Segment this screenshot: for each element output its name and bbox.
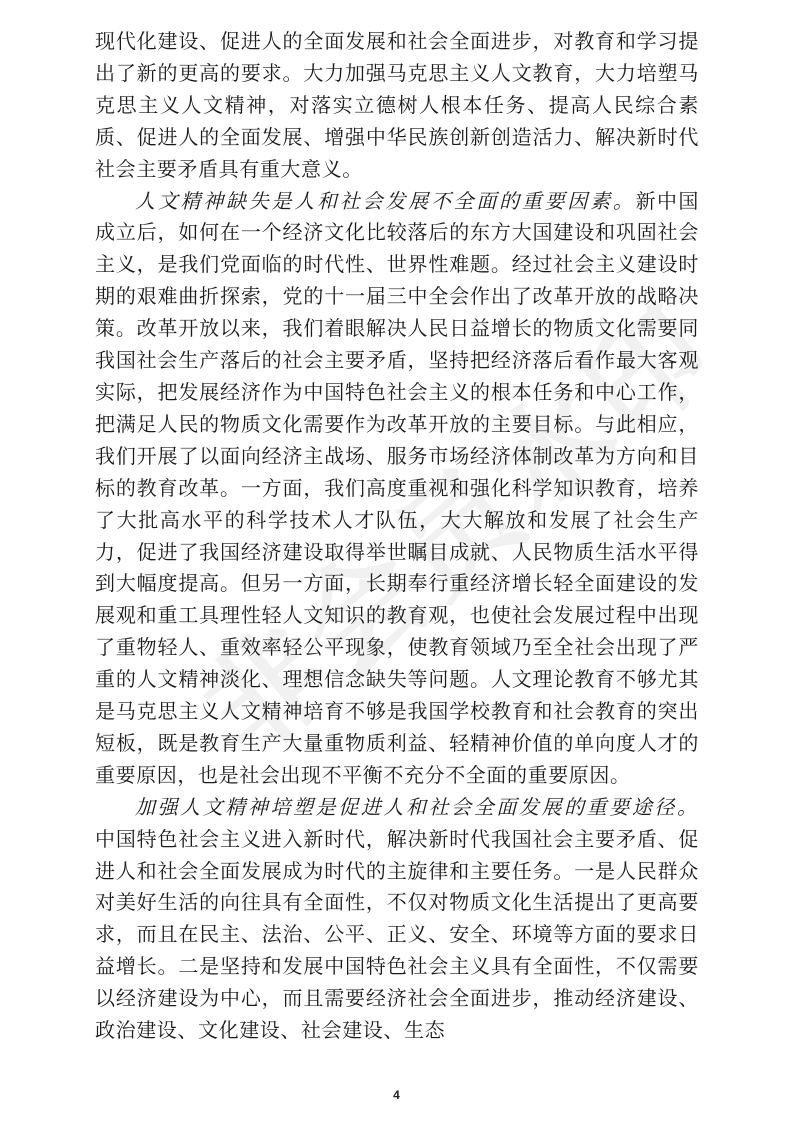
page-body: 现代化建设、促进人的全面发展和社会全面进步，对教育和学习提出了新的更高的要求。大… xyxy=(95,26,699,1047)
page-number: 4 xyxy=(0,1088,793,1102)
document-page: 非会员水印 现代化建设、促进人的全面发展和社会全面进步，对教育和学习提出了新的更… xyxy=(0,0,793,1122)
paragraph-3-lead: 加强人文精神培塑是促进人和社会全面发展的重要途径。 xyxy=(135,795,699,819)
paragraph-1: 现代化建设、促进人的全面发展和社会全面进步，对教育和学习提出了新的更高的要求。大… xyxy=(95,26,699,186)
paragraph-1-text: 现代化建设、促进人的全面发展和社会全面进步，对教育和学习提出了新的更高的要求。大… xyxy=(95,29,699,181)
paragraph-3-text: 中国特色社会主义进入新时代，解决新时代我国社会主要矛盾、促进人和社会全面发展成为… xyxy=(95,827,699,1042)
paragraph-2-text: 新中国成立后，如何在一个经济文化比较落后的东方大国建设和巩固社会主义，是我们党面… xyxy=(95,189,699,787)
paragraph-3: 加强人文精神培塑是促进人和社会全面发展的重要途径。中国特色社会主义进入新时代，解… xyxy=(95,792,699,1047)
paragraph-2: 人文精神缺失是人和社会发展不全面的重要因素。新中国成立后，如何在一个经济文化比较… xyxy=(95,186,699,792)
paragraph-2-lead: 人文精神缺失是人和社会发展不全面的重要因素。 xyxy=(135,189,636,213)
